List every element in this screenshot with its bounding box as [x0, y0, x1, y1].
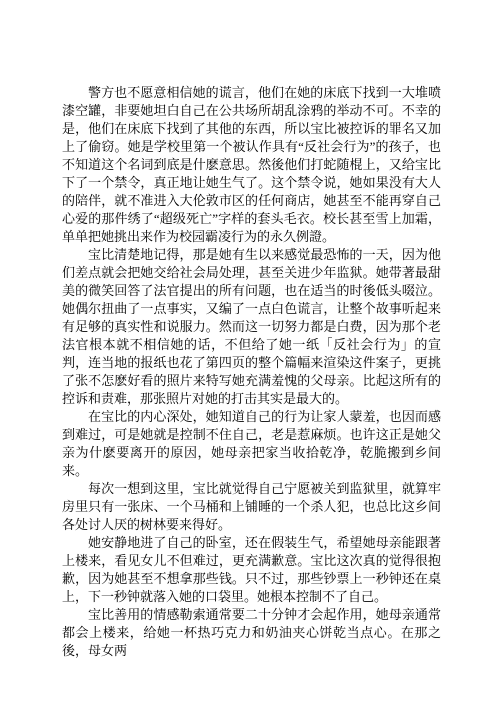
document-page: 警方也不愿意相信她的谎言，他们在她的床底下找到一大堆喷漆空罐，非要她坦白自己在公…	[0, 0, 501, 711]
paragraph-1: 警方也不愿意相信她的谎言，他们在她的床底下找到一大堆喷漆空罐，非要她坦白自己在公…	[62, 84, 441, 246]
paragraph-2: 宝比清楚地记得，那是她有生以来感觉最恐怖的一天，因为他们差点就会把她交给社会局处…	[62, 246, 441, 408]
paragraph-3: 在宝比的内心深处，她知道自己的行为让家人蒙羞，也因而感到难过，可是她就是控制不住…	[62, 408, 441, 480]
paragraph-6: 宝比善用的情感勒索通常要二十分钟才会起作用，她母亲通常都会上楼来，给她一杯热巧克…	[62, 606, 441, 660]
paragraph-5: 她安静地进了自己的卧室，还在假装生气，希望她母亲能跟著上楼来，看见女儿不但难过，…	[62, 534, 441, 606]
paragraph-4: 每次一想到这里，宝比就觉得自己宁愿被关到监狱里，就算牢房里只有一张床、一个马桶和…	[62, 480, 441, 534]
document-text: 警方也不愿意相信她的谎言，他们在她的床底下找到一大堆喷漆空罐，非要她坦白自己在公…	[62, 84, 441, 660]
